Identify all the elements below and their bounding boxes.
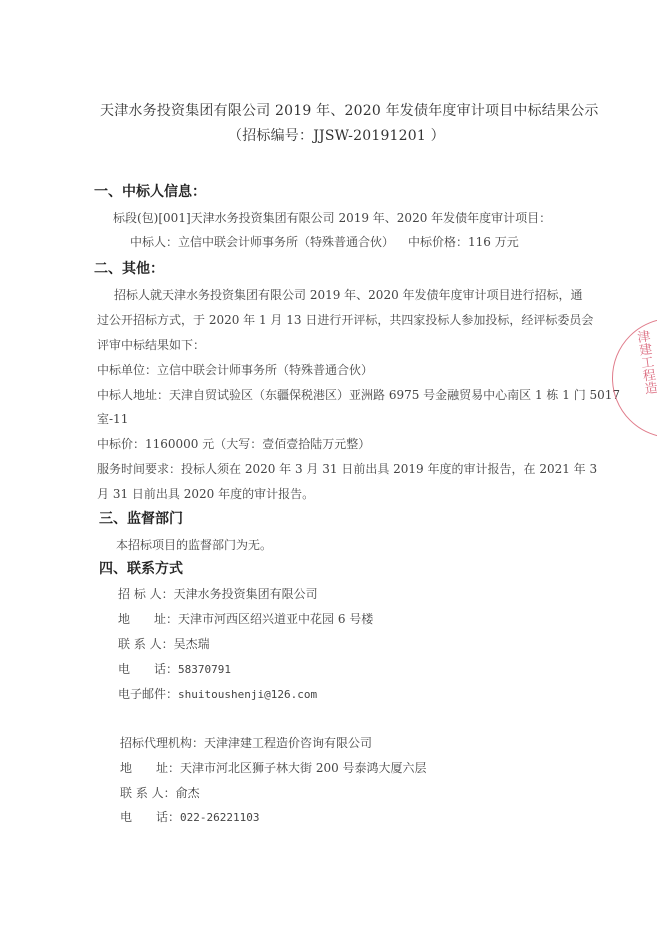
tenderer-contact-row: 联 系 人：吴杰瑞 [118, 636, 210, 652]
winning-price: 中标价：1160000 元（大写：壹佰壹拾陆万元整） [97, 436, 370, 452]
paragraph-line-1: 招标人就天津水务投资集团有限公司 2019 年、2020 年发债年度审计项目进行… [114, 287, 583, 303]
agency-address-value: 天津市河北区狮子林大街 200 号泰鸿大厦六层 [180, 761, 427, 775]
agency-contact-row: 联 系 人：俞杰 [120, 785, 200, 801]
section-4-heading: 四、联系方式 [99, 561, 183, 577]
tenderer-phone-row: 电 话：58370791 [118, 661, 231, 678]
tenderer-phone-value: 58370791 [178, 663, 231, 676]
paragraph-line-2: 过公开招标方式，于 2020 年 1 月 13 日进行开评标，共四家投标人参加投… [97, 312, 593, 328]
tenderer-phone-label: 电 话： [118, 662, 178, 676]
winner-address-line-2: 室-11 [97, 411, 128, 427]
tenderer-label: 招 标 人： [118, 587, 174, 601]
agency-label: 招标代理机构： [120, 736, 204, 750]
section-1-heading: 一、中标人信息： [94, 184, 206, 200]
winner-name: 中标人：立信中联会计师事务所（特殊普通合伙） [130, 234, 394, 250]
tenderer-email-value: shuitoushenji@126.com [178, 688, 317, 701]
agency-row: 招标代理机构：天津津建工程造价咨询有限公司 [120, 735, 372, 751]
supervision-text: 本招标项目的监督部门为无。 [116, 537, 272, 553]
tenderer-address-row: 地 址：天津市河西区绍兴道亚中花园 6 号楼 [118, 611, 373, 627]
tenderer-contact-label: 联 系 人： [118, 637, 174, 651]
document-title: 天津水务投资集团有限公司 2019 年、2020 年发债年度审计项目中标结果公示 [100, 103, 599, 119]
tenderer-address-value: 天津市河西区绍兴道亚中花园 6 号楼 [178, 612, 373, 626]
agency-contact-label: 联 系 人： [120, 786, 176, 800]
agency-phone-label: 电 话： [120, 810, 180, 824]
document-page: 天津水务投资集团有限公司 2019 年、2020 年发债年度审计项目中标结果公示… [0, 0, 657, 927]
winning-unit: 中标单位：立信中联会计师事务所（特殊普通合伙） [97, 362, 373, 378]
agency-phone-row: 电 话：022-26221103 [120, 809, 260, 826]
section-3-heading: 三、监督部门 [99, 511, 183, 527]
tenderer-value: 天津水务投资集团有限公司 [174, 587, 318, 601]
agency-value: 天津津建工程造价咨询有限公司 [204, 736, 372, 750]
service-time-line-2: 月 31 日前出具 2020 年度的审计报告。 [97, 486, 314, 502]
tenderer-address-label: 地 址： [118, 612, 178, 626]
tender-number: （招标编号：JJSW-20191201 ） [228, 128, 445, 144]
paragraph-line-3: 评审中标结果如下： [97, 337, 205, 353]
service-time-line-1: 服务时间要求：投标人须在 2020 年 3 月 31 日前出具 2019 年度的… [97, 461, 597, 477]
winner-price: 中标价格：116 万元 [408, 234, 519, 250]
agency-contact-value: 俞杰 [176, 786, 200, 800]
tenderer-contact-value: 吴杰瑞 [174, 637, 210, 651]
tenderer-email-row: 电子邮件：shuitoushenji@126.com [118, 686, 317, 703]
tenderer-row: 招 标 人：天津水务投资集团有限公司 [118, 586, 318, 602]
agency-address-row: 地 址：天津市河北区狮子林大街 200 号泰鸿大厦六层 [120, 760, 427, 776]
lot-description: 标段(包)[001]天津水务投资集团有限公司 2019 年、2020 年发债年度… [113, 210, 551, 226]
section-2-heading: 二、其他： [94, 261, 164, 277]
winner-address-line-1: 中标人地址：天津自贸试验区（东疆保税港区）亚洲路 6975 号金融贸易中心南区 … [97, 387, 620, 403]
agency-address-label: 地 址： [120, 761, 180, 775]
agency-phone-value: 022-26221103 [180, 811, 259, 824]
tenderer-email-label: 电子邮件： [118, 687, 178, 701]
